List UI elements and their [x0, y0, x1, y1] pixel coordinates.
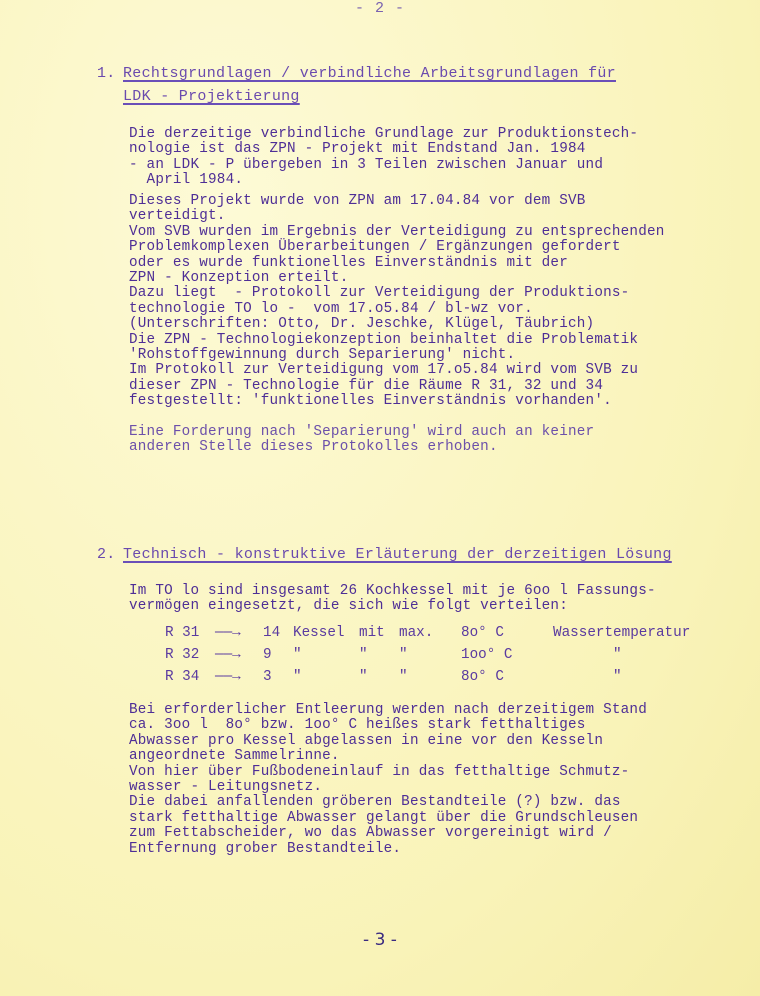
mit-cell: ": [359, 644, 399, 666]
temperature-cell: 8o° C: [461, 622, 553, 644]
count-cell: 9: [263, 644, 293, 666]
count-cell: 3: [263, 666, 293, 688]
section-2-paragraph: Bei erforderlicher Entleerung werden nac…: [129, 703, 647, 857]
section-2-heading: 2.Technisch - konstruktive Erläuterung d…: [97, 544, 672, 566]
unit-cell: ": [293, 644, 359, 666]
max-cell: ": [399, 644, 461, 666]
unit-cell: ": [293, 666, 359, 688]
typewritten-document-page: - 2 - 1.Rechtsgrundlagen / verbindliche …: [0, 0, 760, 996]
room-cell: R 31: [165, 622, 215, 644]
section-1-number: 1.: [97, 63, 123, 85]
section-1-title-line1: Rechtsgrundlagen / verbindliche Arbeitsg…: [123, 65, 616, 82]
section-1-heading-line2: LDK - Projektierung: [123, 86, 300, 108]
section-1-title-line2: LDK - Projektierung: [123, 88, 300, 105]
table-row: R 34 ——→ 3 " " " 8o° C ": [165, 666, 760, 688]
section-1-heading: 1.Rechtsgrundlagen / verbindliche Arbeit…: [97, 63, 616, 85]
arrow-icon: ——→: [215, 644, 263, 666]
section-2-number: 2.: [97, 544, 123, 566]
section-1-paragraph-2: Dieses Projekt wurde von ZPN am 17.04.84…: [129, 194, 665, 410]
page-number-top: - 2 -: [0, 0, 760, 17]
unit-cell: Kessel: [293, 622, 359, 644]
mit-cell: mit: [359, 622, 399, 644]
room-cell: R 34: [165, 666, 215, 688]
description-cell: ": [553, 644, 760, 666]
section-1-paragraph-1: Die derzeitige verbindliche Grundlage zu…: [129, 127, 638, 189]
description-cell: Wassertemperatur: [553, 622, 713, 644]
section-2-intro: Im TO lo sind insgesamt 26 Kochkessel mi…: [129, 584, 656, 615]
temperature-cell: 8o° C: [461, 666, 553, 688]
section-2-title: Technisch - konstruktive Erläuterung der…: [123, 546, 672, 563]
arrow-icon: ——→: [215, 622, 263, 644]
page-number-bottom: - 3 -: [0, 930, 760, 950]
mit-cell: ": [359, 666, 399, 688]
description-cell: ": [553, 666, 760, 688]
temperature-cell: 1oo° C: [461, 644, 553, 666]
section-1-paragraph-3: Eine Forderung nach 'Separierung' wird a…: [129, 425, 594, 456]
count-cell: 14: [263, 622, 293, 644]
table-row: R 32 ——→ 9 " " " 1oo° C ": [165, 644, 760, 666]
kettle-distribution-table: R 31 ——→ 14 Kessel mit max. 8o° C Wasser…: [165, 622, 760, 688]
table-row: R 31 ——→ 14 Kessel mit max. 8o° C Wasser…: [165, 622, 760, 644]
max-cell: ": [399, 666, 461, 688]
arrow-icon: ——→: [215, 666, 263, 688]
room-cell: R 32: [165, 644, 215, 666]
max-cell: max.: [399, 622, 461, 644]
